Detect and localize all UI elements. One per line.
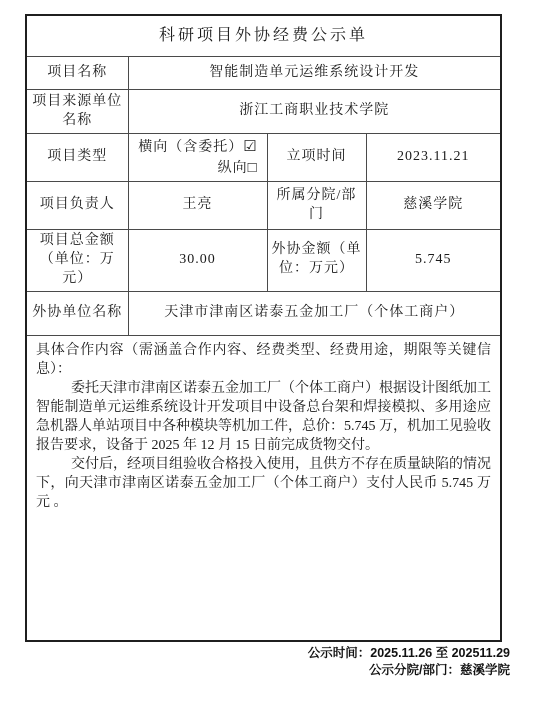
project-type-cell: 横向（含委托）☑ 纵向□ xyxy=(128,134,267,182)
source-unit-label: 项目来源单位名称 xyxy=(26,90,128,134)
project-type-label: 项目类型 xyxy=(26,134,128,182)
project-type-row: 项目类型 横向（含委托）☑ 纵向□ 立项时间 2023.11.21 xyxy=(26,134,501,182)
publish-dept-value: 慈溪学院 xyxy=(460,663,510,677)
project-name-value: 智能制造单元运维系统设计开发 xyxy=(128,57,501,90)
leader-row: 项目负责人 王亮 所属分院/部门 慈溪学院 xyxy=(26,182,501,230)
detail-paragraph-2: 交付后，经项目组验收合格投入使用，且供方不存在质量缺陷的情况下，向天津市津南区诺… xyxy=(36,455,491,512)
unchecked-checkbox-icon: □ xyxy=(248,160,257,176)
outsource-amount-label: 外协金额（单位：万元） xyxy=(267,230,366,292)
detail-row: 具体合作内容（需涵盖合作内容、经费类型、经费用途，期限等关键信息）： 委托天津市… xyxy=(26,335,501,641)
title-row: 科研项目外协经费公示单 xyxy=(26,15,501,57)
publish-dept-label: 公示分院/部门： xyxy=(369,663,460,677)
department-value: 慈溪学院 xyxy=(366,182,501,230)
checked-checkbox-icon: ☑ xyxy=(243,139,256,155)
source-unit-value: 浙江工商职业技术学院 xyxy=(128,90,501,134)
approval-time-value: 2023.11.21 xyxy=(366,134,501,182)
source-unit-row: 项目来源单位名称 浙江工商职业技术学院 xyxy=(26,90,501,134)
notice-form-table: 科研项目外协经费公示单 项目名称 智能制造单元运维系统设计开发 项目来源单位名称… xyxy=(25,14,502,642)
project-type-options: 横向（含委托）☑ 纵向□ xyxy=(138,137,256,179)
horizontal-option-label: 横向（含委托） xyxy=(138,140,243,155)
outsource-unit-row: 外协单位名称 天津市津南区诺泰五金加工厂（个体工商户） xyxy=(26,291,501,335)
publish-time-label: 公示时间： xyxy=(308,646,371,660)
outsource-unit-label: 外协单位名称 xyxy=(26,291,128,335)
amounts-row: 项目总金额（单位：万元） 30.00 外协金额（单位：万元） 5.745 xyxy=(26,230,501,292)
department-label: 所属分院/部门 xyxy=(267,182,366,230)
publish-time-value: 2025.11.26 至 202511.29 xyxy=(370,646,510,660)
total-amount-value: 30.00 xyxy=(128,230,267,292)
outsource-unit-value: 天津市津南区诺泰五金加工厂（个体工商户） xyxy=(128,291,501,335)
detail-paragraph-1: 委托天津市津南区诺泰五金加工厂（个体工商户）根据设计图纸加工智能制造单元运维系统… xyxy=(36,379,491,455)
publish-dept-line: 公示分院/部门：慈溪学院 xyxy=(308,662,510,679)
notice-document-page: 科研项目外协经费公示单 项目名称 智能制造单元运维系统设计开发 项目来源单位名称… xyxy=(0,0,538,704)
leader-value: 王亮 xyxy=(128,182,267,230)
document-title: 科研项目外协经费公示单 xyxy=(26,15,501,57)
publish-time-line: 公示时间：2025.11.26 至 202511.29 xyxy=(308,645,510,662)
project-name-label: 项目名称 xyxy=(26,57,128,90)
approval-time-label: 立项时间 xyxy=(267,134,366,182)
leader-label: 项目负责人 xyxy=(26,182,128,230)
vertical-option-label: 纵向 xyxy=(218,161,248,176)
total-amount-label: 项目总金额（单位：万元） xyxy=(26,230,128,292)
detail-heading: 具体合作内容（需涵盖合作内容、经费类型、经费用途，期限等关键信息）： xyxy=(36,341,491,379)
project-name-row: 项目名称 智能制造单元运维系统设计开发 xyxy=(26,57,501,90)
detail-cell: 具体合作内容（需涵盖合作内容、经费类型、经费用途，期限等关键信息）： 委托天津市… xyxy=(26,335,501,641)
footer: 公示时间：2025.11.26 至 202511.29 公示分院/部门：慈溪学院 xyxy=(308,645,510,679)
outsource-amount-value: 5.745 xyxy=(366,230,501,292)
